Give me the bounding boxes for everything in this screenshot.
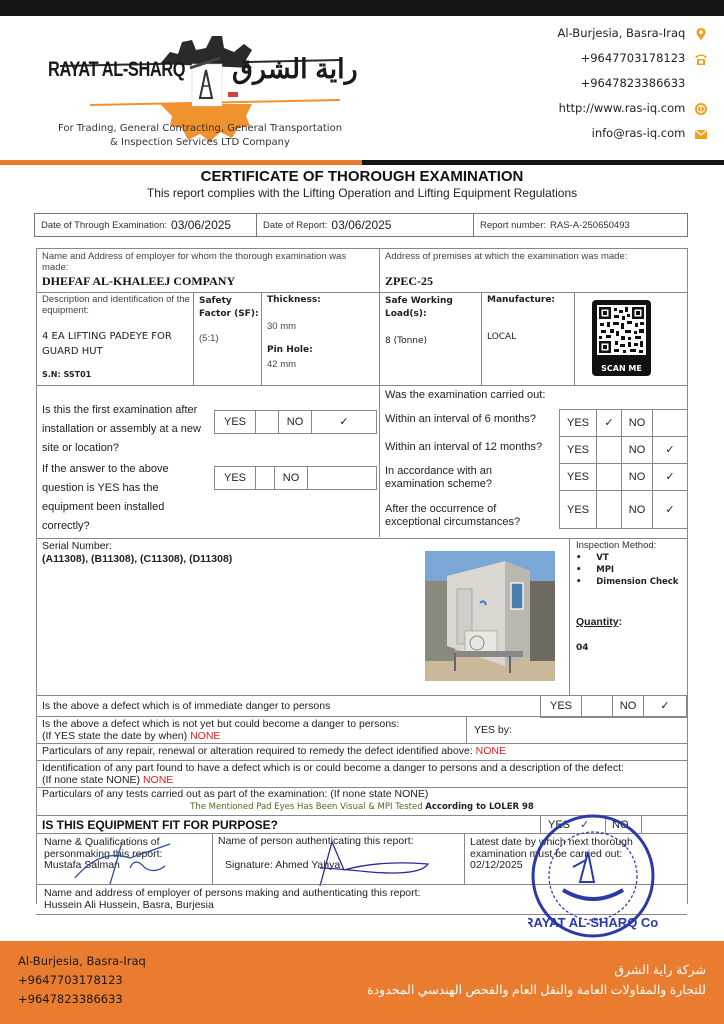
authenticator-signature-mark: [300, 840, 460, 888]
contact-address: Al-Burjesia, Basra-Iraq: [408, 24, 708, 42]
defect-identification-label: Identification of any part found to have…: [42, 762, 682, 786]
header-divider-black: [362, 160, 724, 165]
swl-value: 8 (Tonne): [385, 336, 427, 346]
footer-arabic-name: شركة راية الشرق للتجارة والمقاولات العام…: [367, 960, 706, 1000]
footer-phone-2[interactable]: +9647823386633: [18, 990, 146, 1009]
scheme-yes-label: YES: [560, 464, 597, 491]
first-exam-no-label: NO: [279, 411, 312, 434]
envelope-icon: [694, 127, 708, 141]
footer-contacts: Al-Burjesia, Basra-Iraq +9647703178123 +…: [18, 952, 146, 1009]
pin-hole-value: 42 mm: [267, 359, 296, 370]
contact-phone-1[interactable]: +9647703178123: [408, 49, 708, 67]
company-stamp: RAYAT AL-SHARQ Co.: [528, 812, 658, 940]
thickness-label: Thickness:: [267, 295, 321, 305]
twelve-months-yes-label: YES: [560, 437, 597, 464]
first-exam-yes-label: YES: [215, 411, 256, 434]
question-6-months: Within an interval of 6 months?: [385, 413, 536, 426]
header-divider-orange: [0, 160, 362, 165]
exam-date-value: 03/06/2025: [171, 218, 231, 232]
report-date-value: 03/06/2025: [331, 218, 391, 232]
next-exam-date: 02/12/2025: [470, 860, 523, 871]
installed-no-label: NO: [275, 467, 308, 490]
swl-label: Safe Working Load(s):: [385, 295, 475, 321]
six-months-no-box[interactable]: [653, 410, 688, 437]
installed-correctly-answer: YES NO: [214, 466, 377, 490]
employer-value: DHEFAF AL-KHALEEJ COMPANY: [42, 274, 235, 289]
six-months-no-label: NO: [622, 410, 653, 437]
pin-hole-label: Pin Hole:: [267, 345, 313, 355]
twelve-months-no-box[interactable]: ✓: [653, 437, 688, 464]
report-date-cell: Date of Report: 03/06/2025: [257, 214, 474, 236]
inspection-method-list: • VT • MPI • Dimension Check: [576, 552, 678, 588]
repair-value: NONE: [476, 745, 506, 757]
employer-of-persons-value: Hussein Ali Hussein, Basra, Burjesia: [44, 899, 420, 911]
scheme-no-label: NO: [622, 464, 653, 491]
first-exam-yes-box[interactable]: [256, 411, 279, 434]
telephone-icon: [694, 52, 708, 66]
contact-website[interactable]: http://www.ras-iq.com: [408, 99, 708, 117]
manufacture-label: Manufacture:: [487, 295, 555, 305]
future-danger-label: Is the above a defect which is not yet b…: [42, 718, 399, 742]
quantity-value: 04: [576, 643, 589, 653]
top-bar: [0, 0, 724, 16]
qr-code-icon: [597, 305, 646, 355]
defect-identification-value: NONE: [143, 774, 173, 786]
six-months-yes-label: YES: [560, 410, 597, 437]
question-exam-scheme: In accordance with an examination scheme…: [385, 465, 525, 491]
exceptional-yes-box[interactable]: [597, 491, 622, 529]
immediate-no-label: NO: [613, 695, 644, 718]
report-number-value: RAS-A-250650493: [550, 220, 630, 231]
scheme-yes-box[interactable]: [597, 464, 622, 491]
first-exam-no-box[interactable]: ✓: [312, 411, 377, 434]
location-pin-icon: [694, 27, 708, 41]
tagline-line-2: & Inspection Services LTD Company: [30, 136, 370, 150]
inspection-method-item: • MPI: [576, 564, 678, 576]
guard-hut-photo: [425, 551, 555, 681]
footer-address: Al-Burjesia, Basra-Iraq: [18, 952, 146, 971]
exam-carried-out-heading: Was the examination carried out:: [385, 390, 545, 401]
qr-code[interactable]: SCAN ME: [592, 300, 651, 376]
question-installed-correctly: If the answer to the above question is Y…: [42, 460, 207, 536]
serial-number-value: (A11308), (B11308), (C11308), (D11308): [42, 553, 232, 565]
six-months-yes-box[interactable]: ✓: [597, 410, 622, 437]
employer-label: Name and Address of employer for whom th…: [42, 251, 372, 273]
repair-label: Particulars of any repair, renewal or al…: [42, 746, 506, 757]
employer-of-persons-label: Name and address of employer of persons …: [44, 887, 420, 911]
exam-interval-answers: YES ✓ NO YES NO ✓ YES NO ✓ YES NO ✓: [559, 409, 688, 529]
equipment-desc-label: Description and identification of the eq…: [42, 294, 190, 316]
contact-phone-2[interactable]: +9647823386633: [408, 74, 708, 92]
brand-name-english: RAYAT AL-SHARQ: [48, 58, 185, 82]
exceptional-no-box[interactable]: ✓: [653, 491, 688, 529]
twelve-months-yes-box[interactable]: [597, 437, 622, 464]
exceptional-no-label: NO: [622, 491, 653, 529]
svg-text:RAYAT AL-SHARQ Co.: RAYAT AL-SHARQ Co.: [528, 915, 658, 930]
immediate-yes-label: YES: [541, 695, 582, 718]
exam-date-cell: Date of Through Examination: 03/06/2025: [35, 214, 257, 236]
inspection-method-label: Inspection Method:: [576, 540, 656, 551]
report-number-cell: Report number: RAS-A-250650493: [474, 214, 687, 236]
qr-caption: SCAN ME: [592, 364, 651, 373]
immediate-danger-answer: YES NO ✓: [540, 695, 687, 718]
safety-factor-label: Safety Factor (SF):: [199, 295, 259, 321]
installed-yes-box[interactable]: [256, 467, 275, 490]
company-tagline: For Trading, General Contracting, Genera…: [30, 122, 370, 150]
globe-icon: [694, 102, 708, 116]
installed-yes-label: YES: [215, 467, 256, 490]
tests-value: The Mentioned Pad Eyes Has Been Visual &…: [0, 802, 724, 812]
immediate-danger-label: Is the above a defect which is of immedi…: [42, 701, 330, 712]
maker-signature: [70, 838, 180, 886]
future-danger-value: NONE: [190, 730, 220, 742]
thickness-value: 30 mm: [267, 321, 296, 332]
contact-email[interactable]: info@ras-iq.com: [408, 124, 708, 142]
tagline-line-1: For Trading, General Contracting, Genera…: [30, 122, 370, 136]
brand-name-arabic: راية الشرق: [232, 54, 358, 85]
equipment-serial-sn: S.N: SST01: [42, 370, 91, 379]
manufacture-value: LOCAL: [487, 332, 516, 342]
immediate-no-box[interactable]: ✓: [644, 695, 687, 718]
question-12-months: Within an interval of 12 months?: [385, 441, 542, 454]
yes-by-label: YES by:: [474, 725, 512, 736]
certificate-title: CERTIFICATE OF THOROUGH EXAMINATION: [0, 168, 724, 185]
question-first-exam: Is this the first examination after inst…: [42, 401, 207, 458]
twelve-months-no-label: NO: [622, 437, 653, 464]
fit-for-purpose-label: IS THIS EQUIPMENT FIT FOR PURPOSE?: [42, 818, 278, 832]
premises-label: Address of premises at which the examina…: [385, 251, 680, 262]
exceptional-yes-label: YES: [560, 491, 597, 529]
safety-factor-value: (5:1): [199, 333, 219, 344]
question-exceptional: After the occurrence of exceptional circ…: [385, 503, 545, 529]
footer-phone-1[interactable]: +9647703178123: [18, 971, 146, 990]
serial-number-label: Serial Number:: [42, 541, 112, 552]
immediate-yes-box[interactable]: [582, 695, 613, 718]
equipment-desc-value: 4 EA LIFTING PADEYE FOR GUARD HUT: [42, 329, 190, 359]
quantity-label: Quantity:: [576, 616, 622, 628]
scheme-no-box[interactable]: ✓: [653, 464, 688, 491]
date-bar: Date of Through Examination: 03/06/2025 …: [34, 213, 688, 237]
installed-no-box[interactable]: [308, 467, 377, 490]
inspection-method-item: • VT: [576, 552, 678, 564]
inspection-method-item: • Dimension Check: [576, 576, 678, 588]
certificate-subtitle: This report complies with the Lifting Op…: [0, 186, 724, 200]
first-exam-answer: YES NO ✓: [214, 410, 377, 434]
tests-label: Particulars of any tests carried out as …: [42, 789, 428, 800]
premises-value: ZPEC-25: [385, 274, 433, 289]
